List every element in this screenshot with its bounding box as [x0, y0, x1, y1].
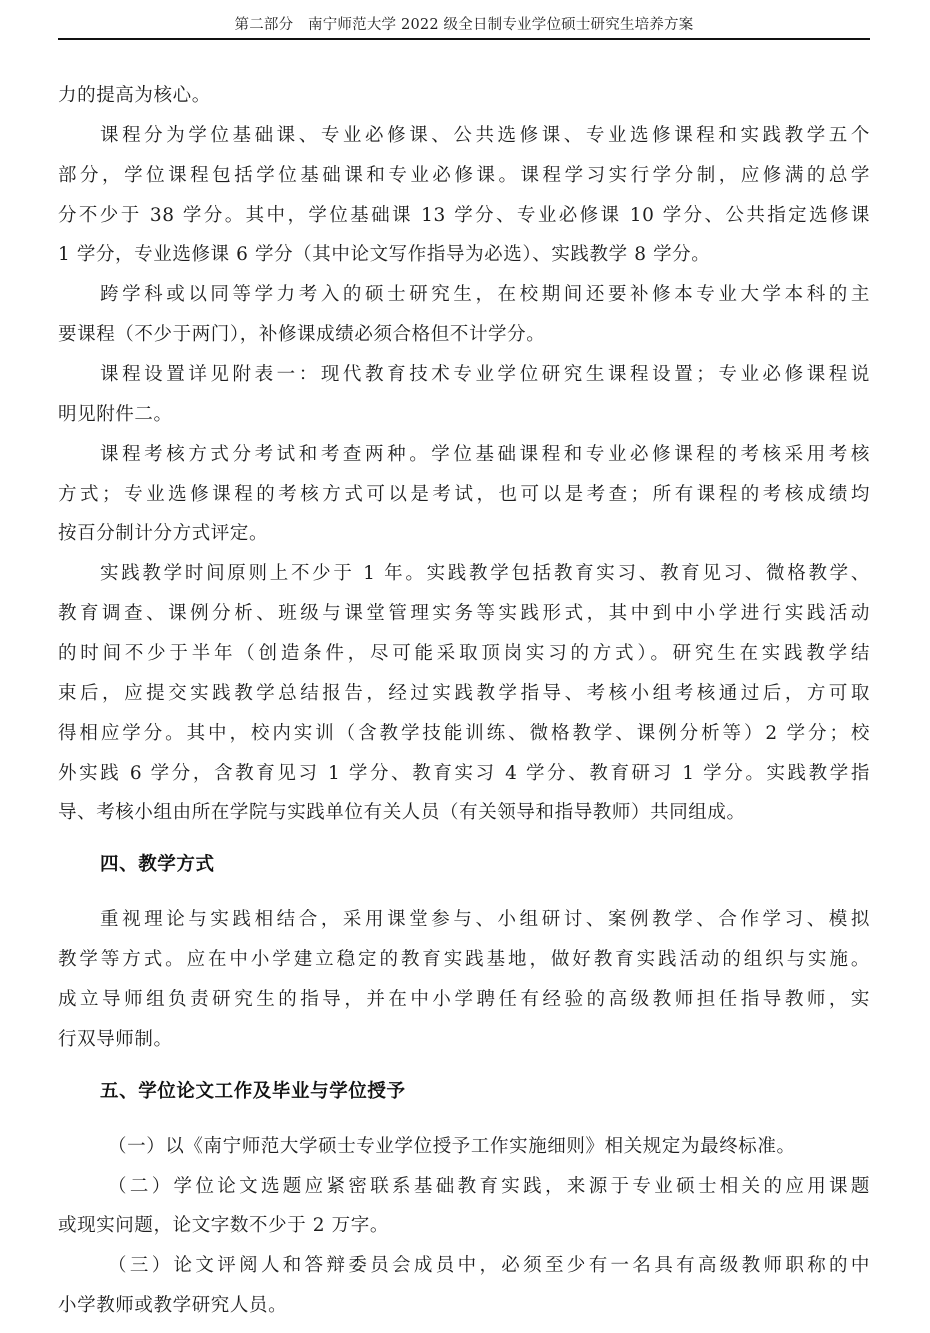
- paragraph-line: 教学等方式。应在中小学建立稳定的教育实践基地，做好教育实践活动的组织与实施。: [58, 948, 870, 972]
- header-divider: [58, 38, 870, 40]
- paragraph-line: 外实践 6 学分，含教育见习 1 学分、教育实习 4 学分、教育研习 1 学分。…: [58, 762, 870, 786]
- paragraph-line: 教育调查、课例分析、班级与课堂管理实务等实践形式，其中到中小学进行实践活动: [58, 602, 870, 626]
- running-header: 第二部分 南宁师范大学 2022 级全日制专业学位硕士研究生培养方案: [58, 0, 870, 41]
- paragraph-line: 课程设置详见附表一：现代教育技术专业学位研究生课程设置；专业必修课程说: [100, 363, 870, 387]
- paragraph-line: 1 学分，专业选修课 6 学分（其中论文写作指导为必选）、实践教学 8 学分。: [58, 243, 870, 267]
- paragraph-line: 实践教学时间原则上不少于 1 年。实践教学包括教育实习、教育见习、微格教学、: [100, 562, 870, 586]
- paragraph-line: 行双导师制。: [58, 1028, 870, 1052]
- paragraph-line: 按百分制计分方式评定。: [58, 522, 870, 546]
- paragraph-line: 力的提高为核心。: [58, 84, 870, 108]
- paragraph-line: （二）学位论文选题应紧密联系基础教育实践，来源于专业硕士相关的应用课题: [108, 1175, 870, 1199]
- paragraph-line: 或现实问题，论文字数不少于 2 万字。: [58, 1214, 870, 1238]
- paragraph-line: 小学教师或教学研究人员。: [58, 1294, 870, 1318]
- paragraph-line: （三）论文评阅人和答辩委员会成员中，必须至少有一名具有高级教师职称的中: [108, 1254, 870, 1278]
- paragraph-line: 明见附件二。: [58, 403, 870, 427]
- paragraph-line: 课程分为学位基础课、专业必修课、公共选修课、专业选修课程和实践教学五个: [100, 124, 870, 148]
- paragraph-line: 部分，学位课程包括学位基础课和专业必修课。课程学习实行学分制，应修满的总学: [58, 164, 870, 188]
- paragraph-line: 跨学科或以同等学力考入的硕士研究生，在校期间还要补修本专业大学本科的主: [100, 283, 870, 307]
- paragraph-line: 重视理论与实践相结合，采用课堂参与、小组研讨、案例教学、合作学习、模拟: [100, 908, 870, 932]
- paragraph-line: （一）以《南宁师范大学硕士专业学位授予工作实施细则》相关规定为最终标准。: [108, 1135, 878, 1159]
- paragraph-line: 要课程（不少于两门），补修课成绩必须合格但不计学分。: [58, 323, 870, 347]
- paragraph-line: 导、考核小组由所在学院与实践单位有关人员（有关领导和指导教师）共同组成。: [58, 801, 870, 825]
- paragraph-line: 成立导师组负责研究生的指导，并在中小学聘任有经验的高级教师担任指导教师，实: [58, 988, 870, 1012]
- section-heading-thesis-degree: 五、学位论文工作及毕业与学位授予: [100, 1080, 406, 1104]
- paragraph-line: 方式；专业选修课程的考核方式可以是考试，也可以是考查；所有课程的考核成绩均: [58, 483, 870, 507]
- paragraph-line: 分不少于 38 学分。其中，学位基础课 13 学分、专业必修课 10 学分、公共…: [58, 204, 870, 228]
- section-heading-teaching-methods: 四、教学方式: [100, 853, 215, 877]
- paragraph-line: 得相应学分。其中，校内实训（含教学技能训练、微格教学、课例分析等）2 学分；校: [58, 722, 870, 746]
- paragraph-line: 课程考核方式分考试和考查两种。学位基础课程和专业必修课程的考核采用考核: [100, 443, 870, 467]
- running-title: 第二部分 南宁师范大学 2022 级全日制专业学位硕士研究生培养方案: [58, 16, 870, 34]
- paragraph-line: 束后，应提交实践教学总结报告，经过实践教学指导、考核小组考核通过后，方可取: [58, 682, 870, 706]
- paragraph-line: 的时间不少于半年（创造条件，尽可能采取顶岗实习的方式）。研究生在实践教学结: [58, 642, 870, 666]
